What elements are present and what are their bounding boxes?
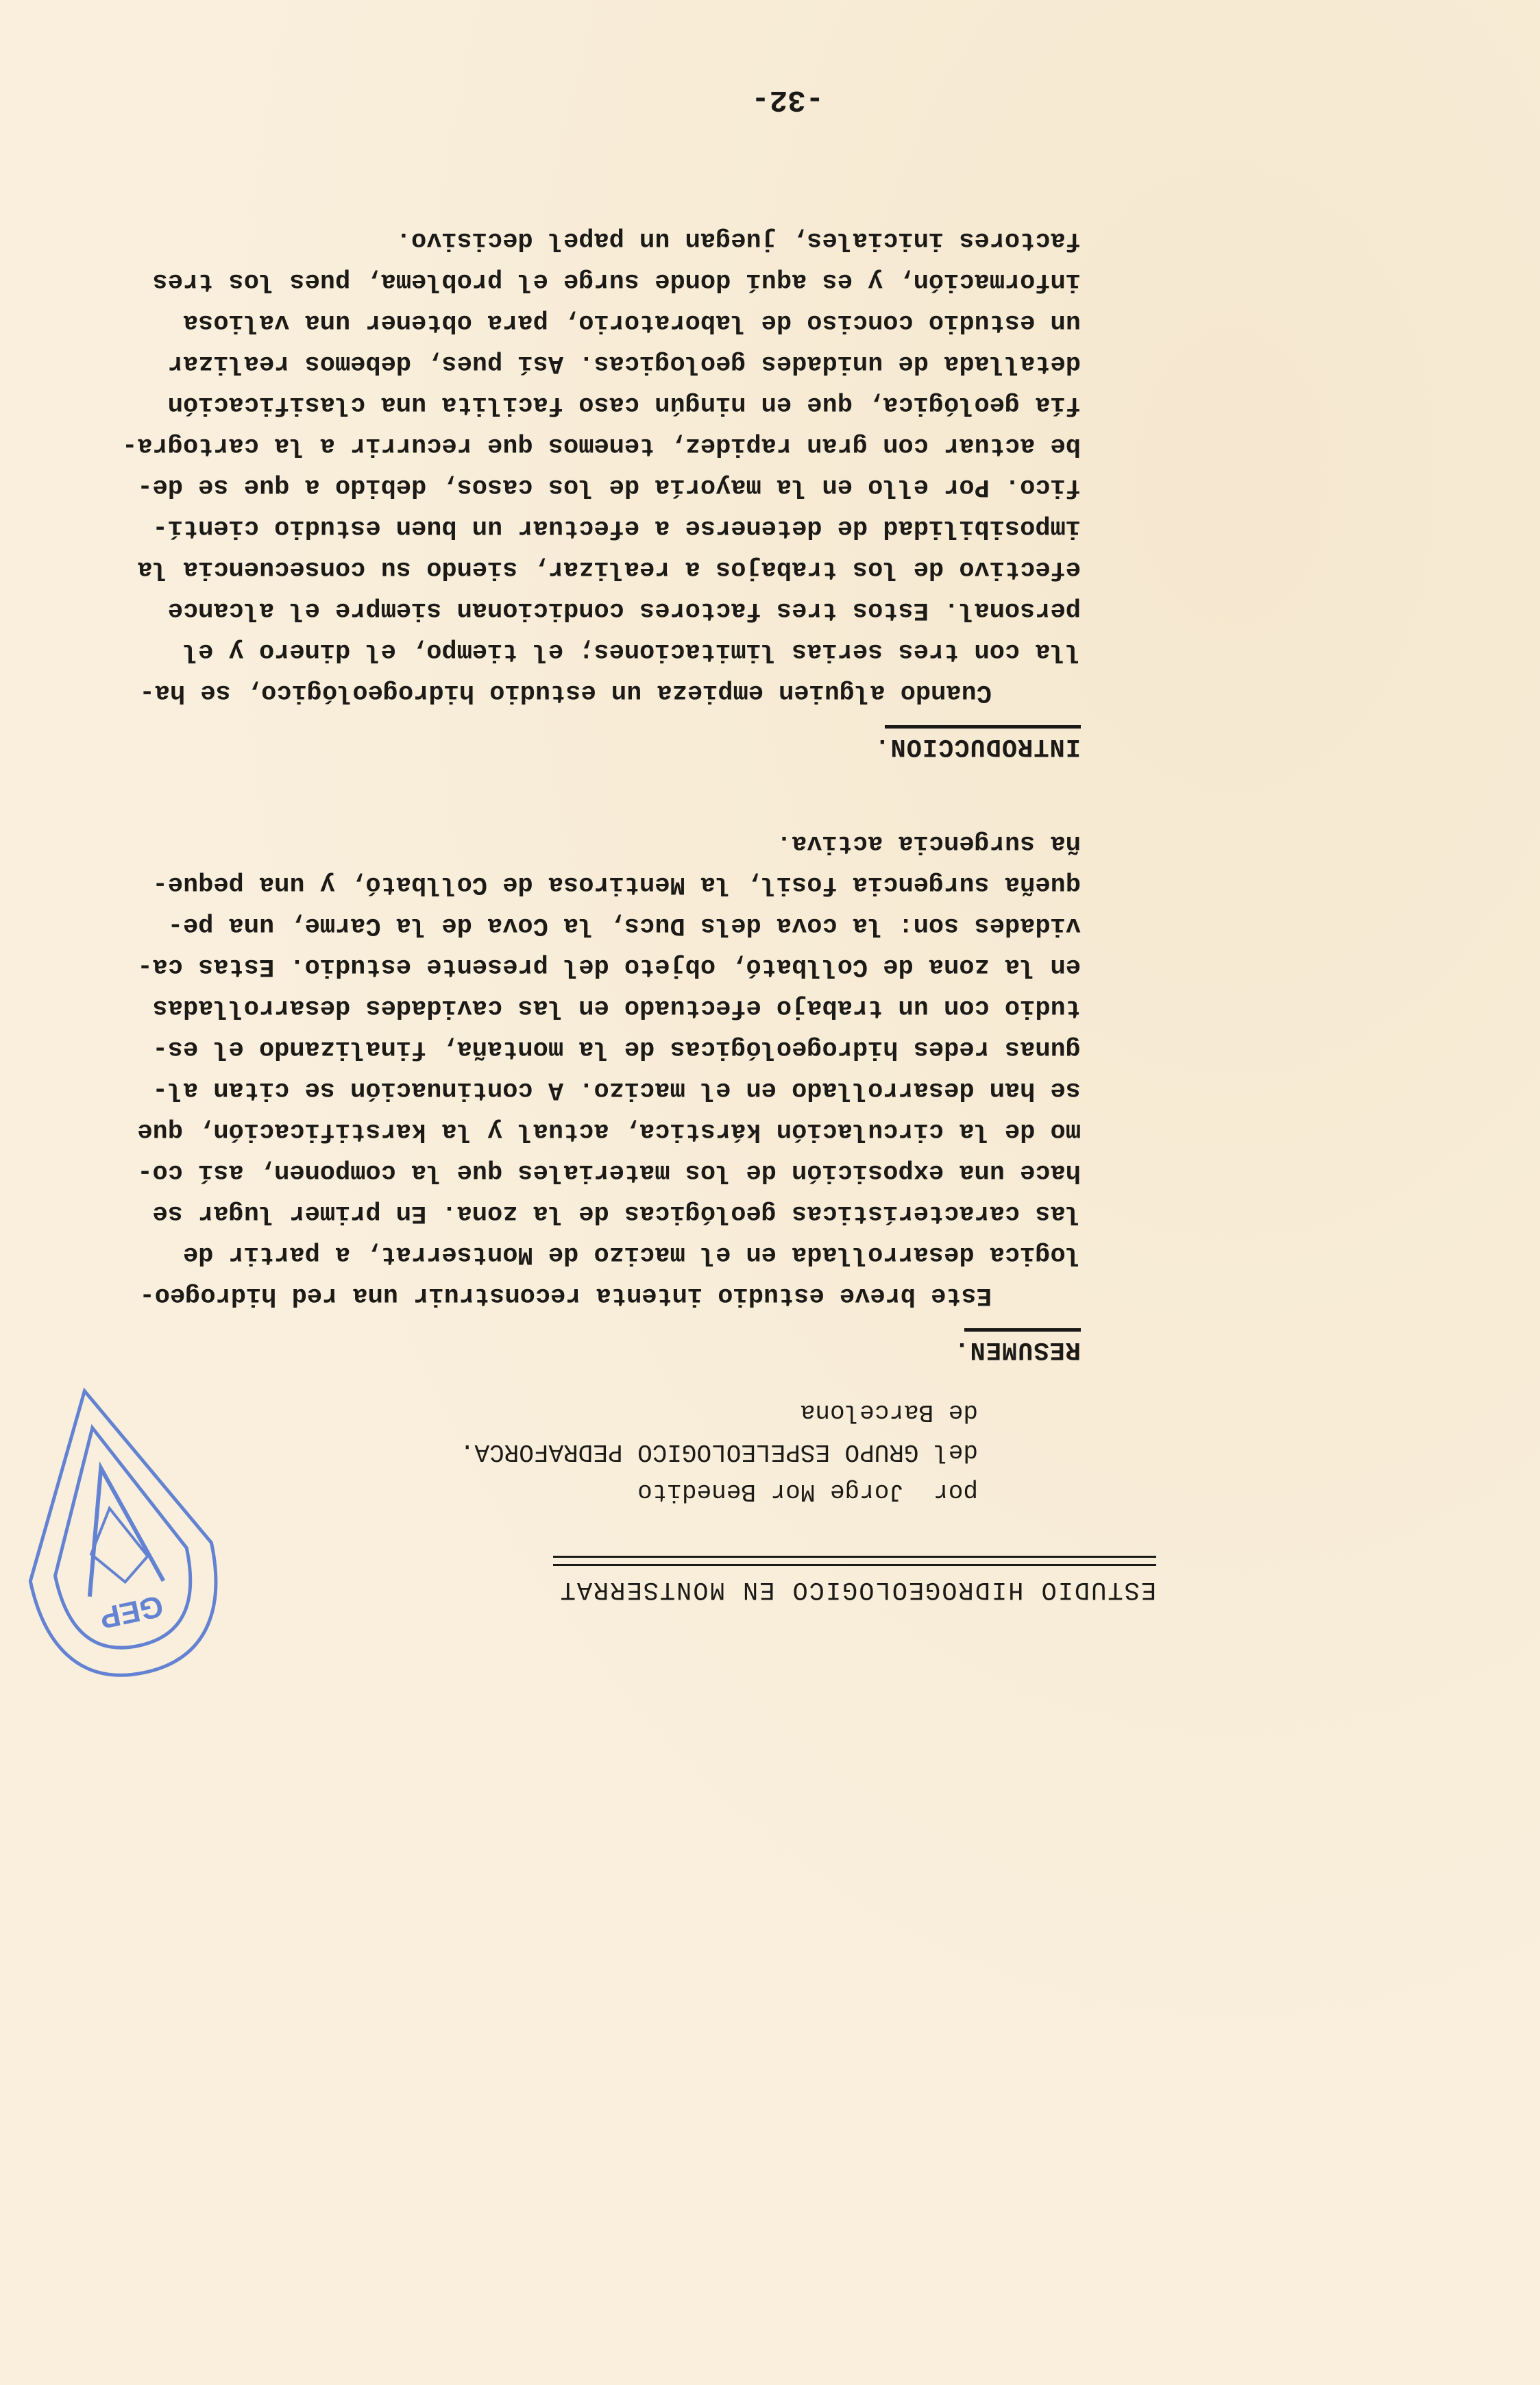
stamp-emblem-icon: GEP [0,1360,247,1704]
text-line: lla con tres serias limitaciones; el tie… [121,631,1081,672]
text-line: hace una exposición de los materiales qu… [121,1151,1081,1192]
text-line: imposibilidad de detenerse a efectuar un… [121,507,1081,548]
text-line: be actuar con gran rapidez, tenemos que … [121,425,1081,466]
byline-group: del GRUPO ESPELEOLOGICO PEDRAFORCA. [460,1432,978,1471]
text-line: Este breve estudio intenta reconstruir u… [121,1275,1081,1316]
text-line: detallada de unidades geologicas. Así pu… [121,343,1081,384]
text-line: mo de la circulación kárstica, actual y … [121,1110,1081,1151]
text-line: ña surgencia activa. [121,822,1081,864]
byline-city: de Barcelona [460,1392,978,1432]
text-line: vidades son: la cova dels Ducs, la Cova … [121,905,1081,946]
paragraph-resumen: Este breve estudio intenta reconstruir u… [121,822,1081,1316]
text-line: logica desarrollada en el macizo de Mont… [121,1234,1081,1275]
byline: por Jorge Mor Benedito del GRUPO ESPELEO… [460,1392,978,1511]
text-line: factores iniciales, juegan un papel deci… [121,219,1081,260]
text-line: en la zona de Collbató, objeto del prese… [121,946,1081,987]
page-number: -32- [751,82,824,117]
text-line: información, y es aquí donde surge el pr… [121,260,1081,302]
text-line: gunas redes hidrogeológicas de la montañ… [121,1028,1081,1069]
text-line: tudio con un trabajo efectuado en las ca… [121,987,1081,1028]
text-line: Cuando alguien empieza un estudio hidrog… [121,672,1081,713]
svg-text:GEP: GEP [97,1589,166,1635]
text-line: un estudio conciso de laboratorio, para … [121,302,1081,343]
title-underline [553,1556,1156,1566]
text-line: personal. Estos tres factores condiciona… [121,589,1081,631]
heading-resumen: RESUMEN. [953,1335,1081,1364]
heading-introduccion: INTRODUCCION. [874,732,1081,761]
text-line: fico. Por ello en la mayoría de los caso… [121,466,1081,507]
text-line: queña surgencia fosil, la Mentirosa de C… [121,864,1081,905]
paragraph-introduccion: Cuando alguien empieza un estudio hidrog… [121,219,1081,713]
document-title: ESTUDIO HIDROGEOLOGICO EN MONTSERRAT [197,1575,1156,1604]
text-line: se han desarrollado en el macizo. A cont… [121,1069,1081,1110]
byline-author: por Jorge Mor Benedito [460,1471,978,1511]
club-stamp: GEP [0,1360,247,1704]
text-line: las características geológicas de la zon… [121,1192,1081,1234]
text-line: efectivo de los trabajos a realizar, sie… [121,548,1081,589]
document-page: GEP ESTUDIO HIDROGEOLOGICO EN MONTSERRAT… [0,0,1540,2385]
text-line: fía geológica, que en ningún caso facili… [121,384,1081,425]
